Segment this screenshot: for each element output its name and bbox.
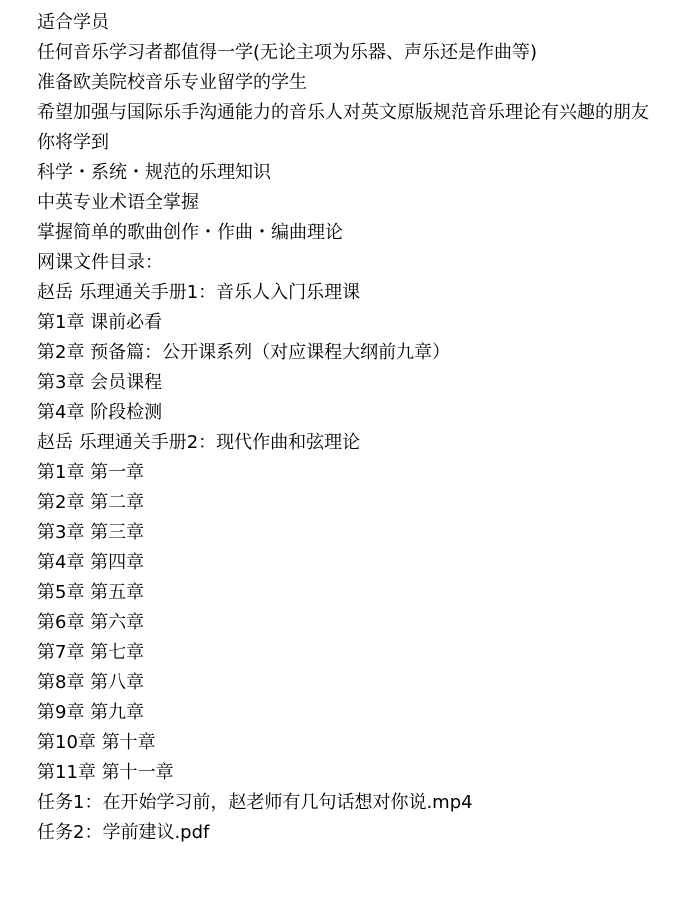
chapter-item: 第2章 第二章 bbox=[8, 488, 684, 518]
chapter-item: 第6章 第六章 bbox=[8, 608, 684, 638]
learn-item: 中英专业术语全掌握 bbox=[8, 188, 684, 218]
section-heading-you-will-learn: 你将学到 bbox=[8, 128, 684, 158]
chapter-item: 第4章 阶段检测 bbox=[8, 398, 684, 428]
book-title: 赵岳 乐理通关手册2：现代作曲和弦理论 bbox=[8, 428, 684, 458]
chapter-item: 第2章 预备篇：公开课系列（对应课程大纲前九章） bbox=[8, 338, 684, 368]
chapter-item: 第1章 课前必看 bbox=[8, 308, 684, 338]
chapter-item: 第7章 第七章 bbox=[8, 638, 684, 668]
section-heading-suitable-for: 适合学员 bbox=[8, 8, 684, 38]
suitable-for-item: 准备欧美院校音乐专业留学的学生 bbox=[8, 68, 684, 98]
learn-item: 掌握简单的歌曲创作・作曲・编曲理论 bbox=[8, 218, 684, 248]
chapter-item: 第3章 第三章 bbox=[8, 518, 684, 548]
chapter-item: 第8章 第八章 bbox=[8, 668, 684, 698]
section-heading-catalog: 网课文件目录： bbox=[8, 248, 684, 278]
chapter-item: 第4章 第四章 bbox=[8, 548, 684, 578]
suitable-for-item: 任何音乐学习者都值得一学(无论主项为乐器、声乐还是作曲等) bbox=[8, 38, 684, 68]
suitable-for-item: 希望加强与国际乐手沟通能力的音乐人对英文原版规范音乐理论有兴趣的朋友 bbox=[8, 98, 684, 128]
chapter-item: 第11章 第十一章 bbox=[8, 758, 684, 788]
task-item: 任务1：在开始学习前，赵老师有几句话想对你说.mp4 bbox=[8, 788, 684, 818]
chapter-item: 第9章 第九章 bbox=[8, 698, 684, 728]
chapter-item: 第10章 第十章 bbox=[8, 728, 684, 758]
book-title: 赵岳 乐理通关手册1：音乐人入门乐理课 bbox=[8, 278, 684, 308]
task-item: 任务2：学前建议.pdf bbox=[8, 818, 684, 848]
learn-item: 科学・系统・规范的乐理知识 bbox=[8, 158, 684, 188]
chapter-item: 第1章 第一章 bbox=[8, 458, 684, 488]
chapter-item: 第5章 第五章 bbox=[8, 578, 684, 608]
document-body: 适合学员 任何音乐学习者都值得一学(无论主项为乐器、声乐还是作曲等) 准备欧美院… bbox=[0, 0, 700, 848]
chapter-item: 第3章 会员课程 bbox=[8, 368, 684, 398]
